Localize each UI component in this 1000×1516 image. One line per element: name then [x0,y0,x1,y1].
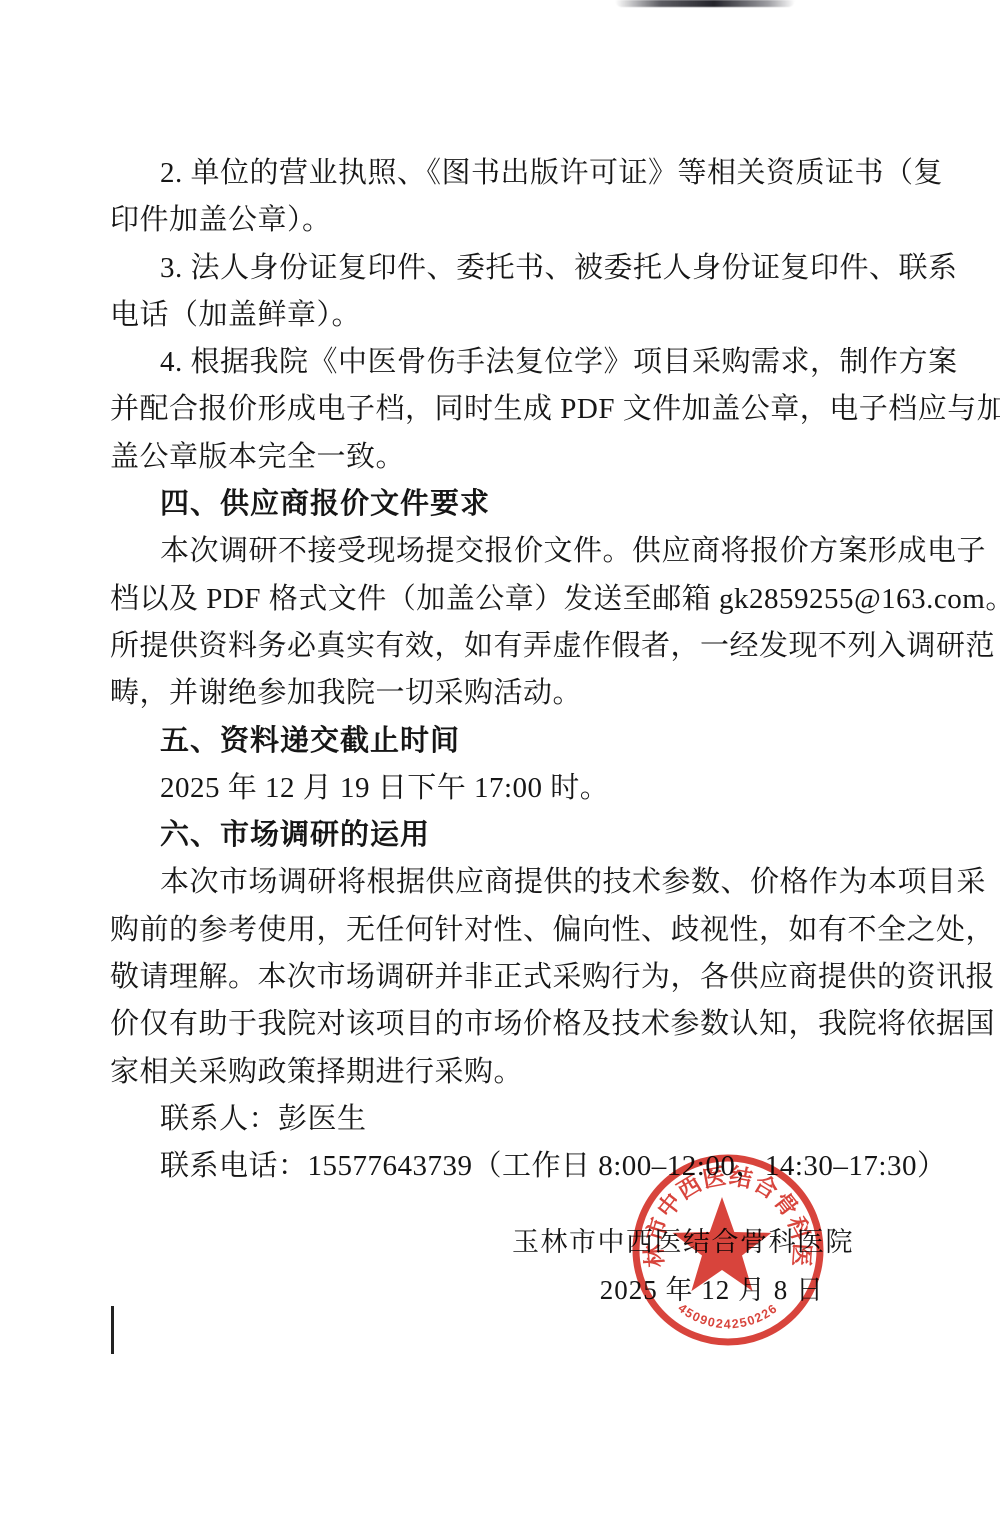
deadline-line: 2025 年 12 月 19 日下午 17:00 时。 [110,765,885,812]
doc-line: 并配合报价形成电子档，同时生成 PDF 文件加盖公章，电子档应与加 [110,386,885,433]
doc-line: 3. 法人身份证复印件、委托书、被委托人身份证复印件、联系 [110,245,885,292]
doc-line: 档以及 PDF 格式文件（加盖公章）发送至邮箱 gk2859255@163.co… [110,576,885,623]
doc-line: 盖公章版本完全一致。 [110,434,885,481]
contact-person-line: 联系人：彭医生 [110,1096,885,1143]
document-page: 2. 单位的营业执照、《图书出版许可证》等相关资质证书（复 印件加盖公章）。 3… [0,0,1000,1516]
doc-line: 所提供资料务必真实有效，如有弄虚作假者，一经发现不列入调研范 [110,623,885,670]
doc-line: 敬请理解。本次市场调研并非正式采购行为，各供应商提供的资讯报 [110,954,885,1001]
doc-line: 家相关采购政策择期进行采购。 [110,1049,885,1096]
doc-line: 购前的参考使用，无任何针对性、偏向性、歧视性，如有不全之处， [110,907,885,954]
scan-cursor-mark [111,1306,114,1354]
doc-line: 电话（加盖鲜章）。 [110,292,885,339]
doc-line: 本次调研不接受现场提交报价文件。供应商将报价方案形成电子 [110,528,885,575]
signature-org: 玉林市中西医结合骨科医院 [512,1220,854,1259]
doc-line: 印件加盖公章）。 [110,197,885,244]
doc-line: 价仅有助于我院对该项目的市场价格及技术参数认知，我院将依据国 [110,1001,885,1048]
contact-phone-line: 联系电话：15577643739（工作日 8:00–12:00，14:30–17… [110,1143,885,1190]
document-body: 2. 单位的营业执照、《图书出版许可证》等相关资质证书（复 印件加盖公章）。 3… [110,150,885,1191]
section-heading-5: 五、资料递交截止时间 [110,718,885,765]
doc-line: 4. 根据我院《中医骨伤手法复位学》项目采购需求，制作方案 [110,339,885,386]
doc-line: 畴，并谢绝参加我院一切采购活动。 [110,670,885,717]
scan-artifact-top [615,0,795,7]
doc-line: 本次市场调研将根据供应商提供的技术参数、价格作为本项目采 [110,859,885,906]
doc-line: 2. 单位的营业执照、《图书出版许可证》等相关资质证书（复 [110,150,885,197]
section-heading-4: 四、供应商报价文件要求 [110,481,885,528]
section-heading-6: 六、市场调研的运用 [110,812,885,859]
signature-date: 2025 年 12 月 8 日 [600,1268,824,1307]
